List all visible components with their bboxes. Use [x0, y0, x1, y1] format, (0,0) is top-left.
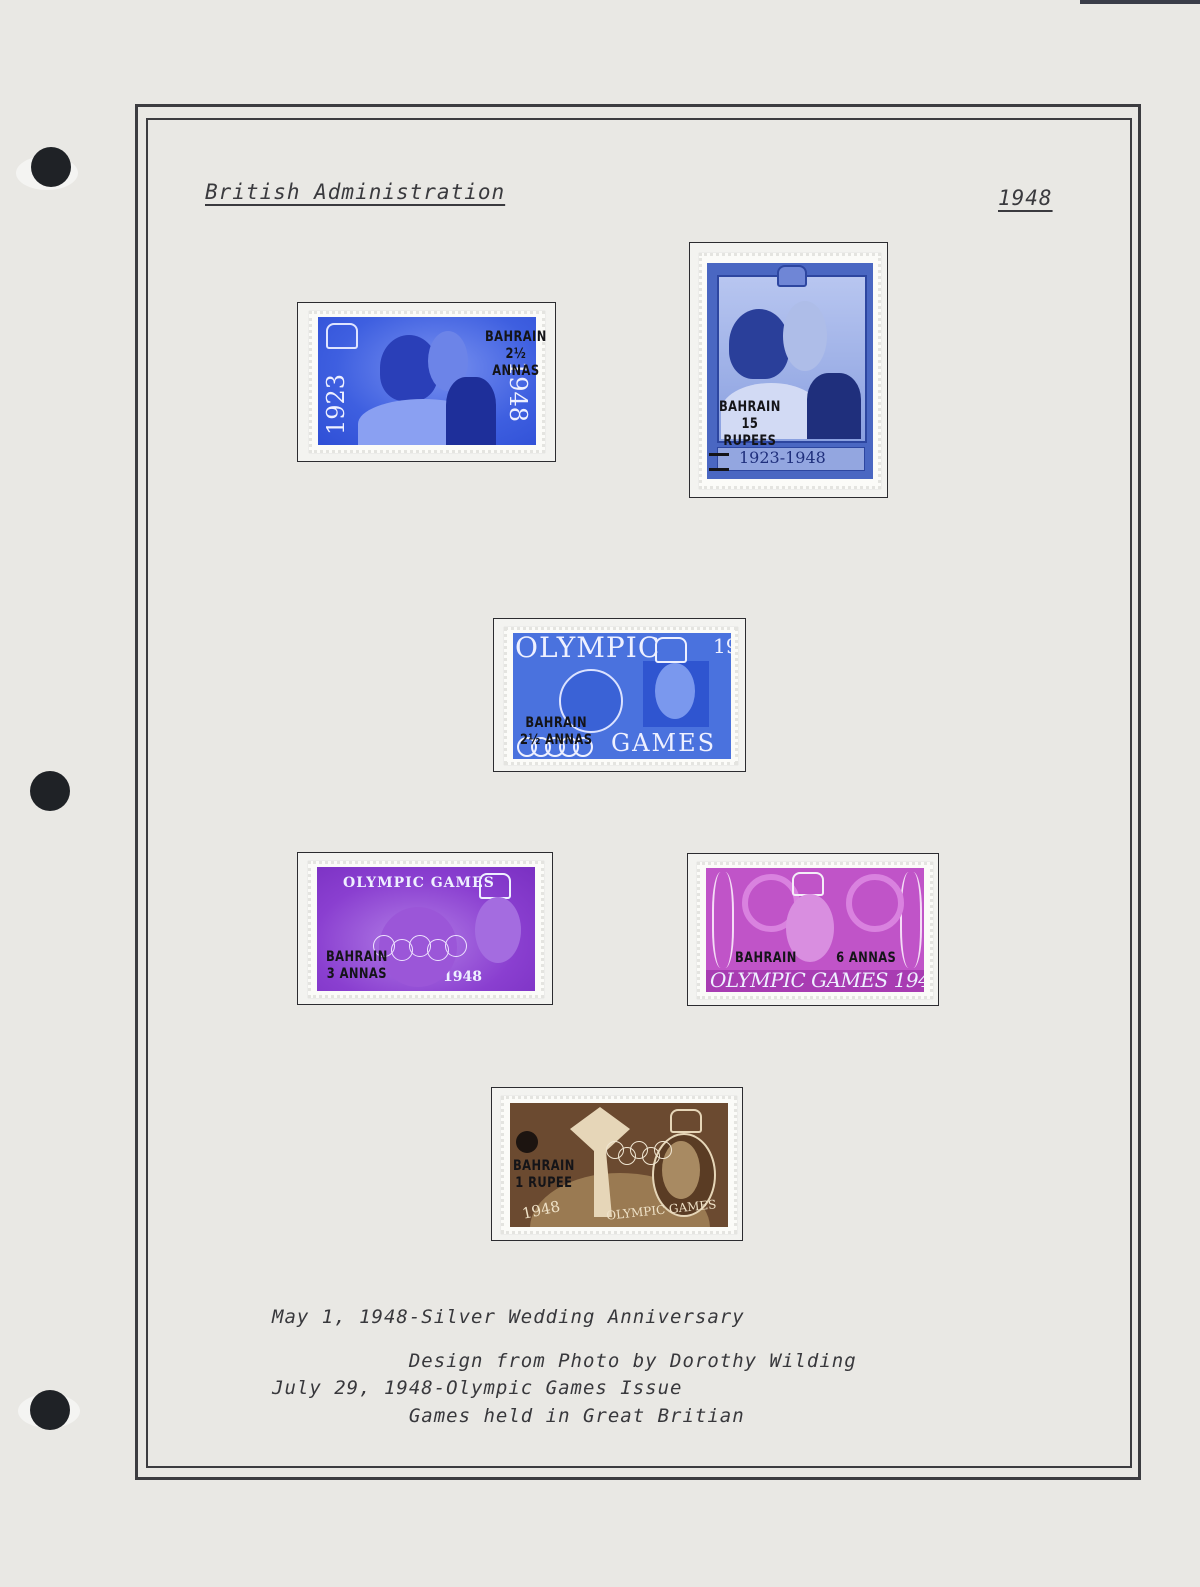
olympic-rings-icon	[606, 1141, 676, 1165]
note-silver-wedding: May 1, 1948-Silver Wedding Anniversary	[272, 1306, 745, 1328]
crown-icon	[670, 1109, 702, 1133]
queen-portrait	[729, 309, 789, 379]
king-portrait	[655, 663, 695, 719]
stamp-mount: 1923-1948 BAHRAIN 15 RUPEES	[689, 242, 888, 498]
crown-icon	[326, 323, 358, 349]
king-portrait	[783, 301, 827, 371]
note-olympic-issue: July 29, 1948-Olympic Games Issue	[272, 1377, 683, 1399]
obliterated-value-icon	[516, 1131, 538, 1153]
laurel-left-icon	[712, 872, 734, 968]
stamp-mount: 1923 1948 BAHRAIN 2½ ANNAS	[297, 302, 556, 462]
page-heading-country: British Administration	[205, 180, 505, 204]
punch-hole-bottom	[30, 1390, 70, 1430]
page-heading-year: 1948	[998, 186, 1053, 210]
punch-hole-middle	[30, 771, 70, 811]
overprint-text: BAHRAIN 2½ ANNAS	[520, 715, 592, 749]
stamp-olympic-2-1-2-annas: OLYMPIC GAMES 1948 BAHRAIN 2½ ANNAS	[504, 627, 738, 765]
stamp-design: OLYMPIC GAMES 1948	[706, 868, 924, 992]
olympic-ring-right	[846, 874, 904, 932]
king-suit	[807, 373, 861, 439]
stamp-mount: 1948 OLYMPIC GAMES BAHRAIN 1 RUPEE	[491, 1087, 743, 1241]
scan-edge-line	[1080, 0, 1200, 4]
overprint-text: BAHRAIN 15 RUPEES	[719, 399, 781, 450]
laurel-right-icon	[900, 872, 922, 968]
crown-icon	[792, 872, 824, 896]
crown-icon	[655, 637, 687, 663]
stamp-mount: OLYMPIC GAMES 1948 BAHRAIN 2½ ANNAS	[493, 618, 746, 772]
page-border-inner	[146, 118, 1132, 1468]
note-designer: Design from Photo by Dorothy Wilding	[272, 1350, 857, 1372]
obliteration-bars	[709, 453, 729, 471]
stamp-silver-wedding-2-1-2-annas: 1923 1948 BAHRAIN 2½ ANNAS	[309, 311, 545, 453]
overprint-text: BAHRAIN 1 RUPEE	[513, 1158, 575, 1192]
stamp-olympic-6-annas: OLYMPIC GAMES 1948 BAHRAIN 6 ANNAS	[697, 862, 933, 999]
stamp-silver-wedding-15-rupees: 1923-1948 BAHRAIN 15 RUPEES	[699, 253, 881, 489]
crown-icon	[777, 265, 807, 287]
overprint-text: BAHRAIN 6 ANNAS	[735, 950, 896, 967]
note-games-location: Games held in Great Britian	[272, 1405, 745, 1427]
overprint-text: BAHRAIN 3 ANNAS	[326, 949, 388, 983]
stamp-olympic-1-rupee: 1948 OLYMPIC GAMES BAHRAIN 1 RUPEE	[501, 1096, 737, 1234]
punch-hole-top	[31, 147, 71, 187]
overprint-text: BAHRAIN 2½ ANNAS	[485, 329, 547, 380]
stamp-mount: OLYMPIC GAMES 1948 BAHRAIN 6 ANNAS	[687, 853, 939, 1006]
olympic-rings-icon	[373, 935, 473, 959]
king-portrait	[475, 897, 521, 963]
crown-icon	[479, 873, 511, 899]
king-suit	[446, 377, 496, 445]
stamp-mount: OLYMPIC GAMES 1948 BAHRAIN 3 ANNAS	[297, 852, 553, 1005]
stamp-olympic-3-annas: OLYMPIC GAMES 1948 BAHRAIN 3 ANNAS	[308, 861, 544, 998]
